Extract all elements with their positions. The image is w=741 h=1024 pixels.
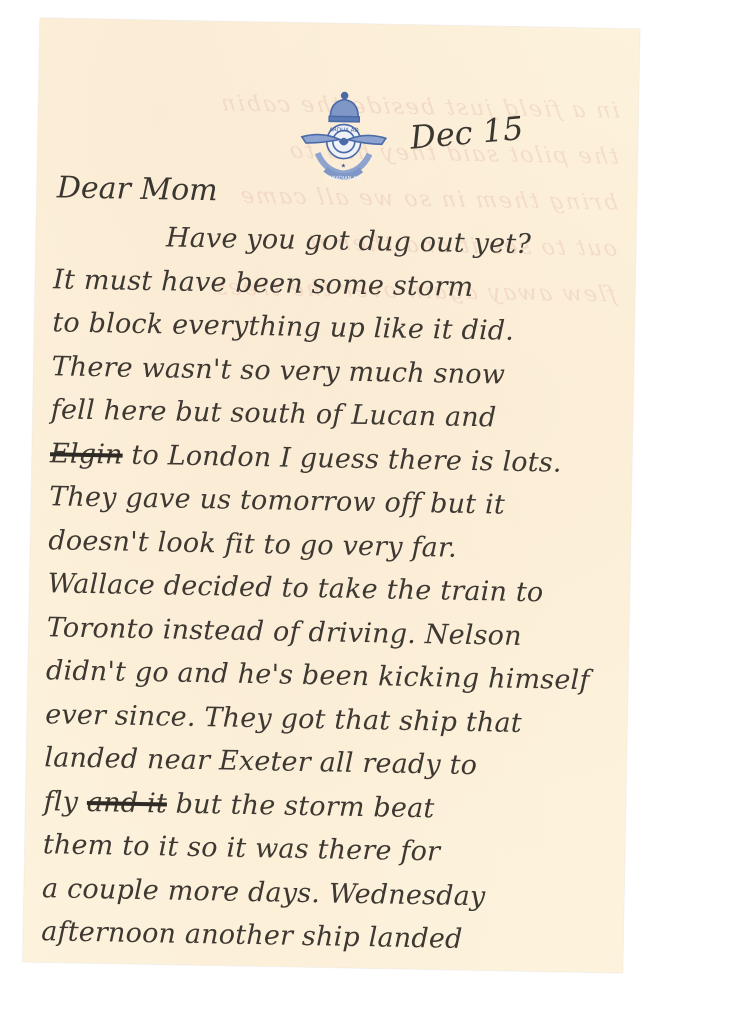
letter-line: afternoon another ship landed	[41, 910, 622, 964]
line-text: fly	[43, 786, 87, 818]
struck-word: Elgin	[50, 438, 123, 470]
svg-text:★: ★	[341, 163, 347, 170]
line-text: to London I guess there is lots.	[122, 439, 562, 478]
letter-date: Dec 15	[409, 109, 525, 157]
salutation: Dear Mom	[57, 170, 218, 208]
crest-scroll-text: CANADIAN AIR	[325, 175, 362, 182]
letter-body: Have you got dug out yet? It must have b…	[41, 214, 634, 964]
struck-word: and it	[87, 786, 168, 818]
crest-motto: ARDUA AD	[329, 127, 358, 134]
line-text: but the storm beat	[167, 788, 435, 824]
letter-page: in a field just beside the cabin the pil…	[23, 18, 640, 973]
rcaf-crest-icon: ARDUA AD CANADIAN AIR ★	[295, 87, 393, 185]
